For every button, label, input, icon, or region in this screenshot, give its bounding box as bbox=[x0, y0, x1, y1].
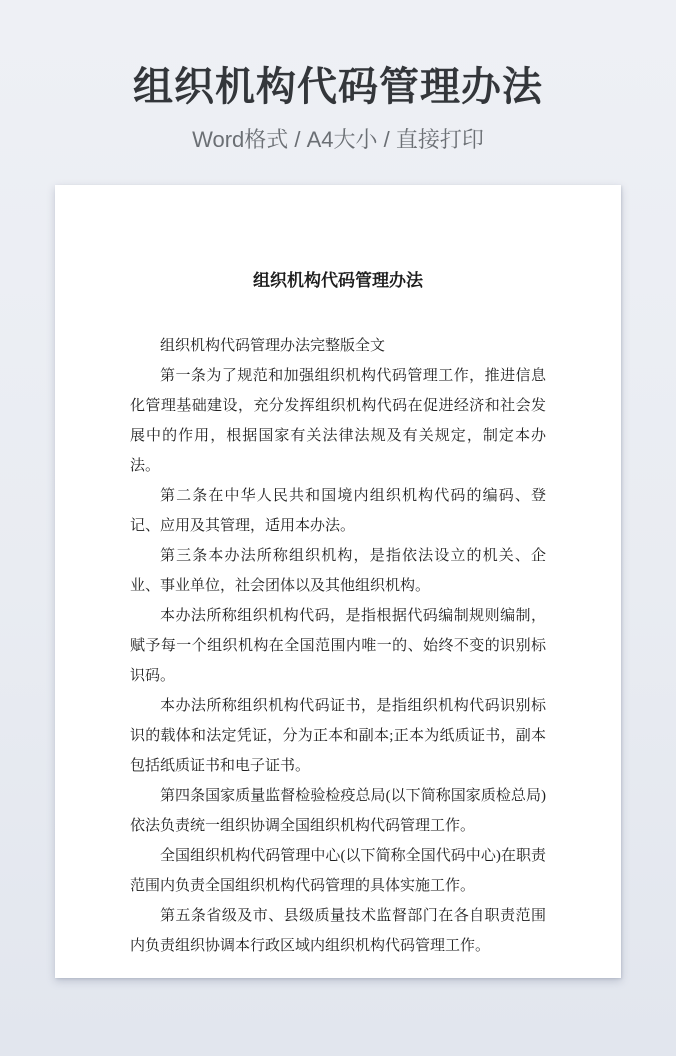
document-paragraph: 第一条为了规范和加强组织机构代码管理工作，推进信息化管理基础建设，充分发挥组织机… bbox=[130, 361, 546, 481]
document-paragraph: 本办法所称组织机构代码证书，是指组织机构代码识别标识的载体和法定凭证，分为正本和… bbox=[130, 691, 546, 781]
document-paragraph: 第二条在中华人民共和国境内组织机构代码的编码、登记、应用及其管理，适用本办法。 bbox=[130, 481, 546, 541]
document-page: 组织机构代码管理办法 组织机构代码管理办法完整版全文 第一条为了规范和加强组织机… bbox=[55, 185, 621, 978]
document-paragraph: 本办法所称组织机构代码，是指根据代码编制规则编制，赋予每一个组织机构在全国范围内… bbox=[130, 601, 546, 691]
document-paragraph: 组织机构代码管理办法完整版全文 bbox=[130, 331, 546, 361]
document-body: 组织机构代码管理办法完整版全文 第一条为了规范和加强组织机构代码管理工作，推进信… bbox=[130, 331, 546, 961]
hero-subtitle: Word格式 / A4大小 / 直接打印 bbox=[0, 126, 676, 154]
document-title: 组织机构代码管理办法 bbox=[130, 269, 546, 293]
hero-title: 组织机构代码管理办法 bbox=[0, 62, 676, 112]
document-paragraph: 第五条省级及市、县级质量技术监督部门在各自职责范围内负责组织协调本行政区域内组织… bbox=[130, 901, 546, 961]
document-paragraph: 第三条本办法所称组织机构，是指依法设立的机关、企业、事业单位，社会团体以及其他组… bbox=[130, 541, 546, 601]
document-paragraph: 全国组织机构代码管理中心(以下简称全国代码中心)在职责范围内负责全国组织机构代码… bbox=[130, 841, 546, 901]
document-paragraph: 第四条国家质量监督检验检疫总局(以下简称国家质检总局)依法负责统一组织协调全国组… bbox=[130, 781, 546, 841]
page-background: 组织机构代码管理办法 Word格式 / A4大小 / 直接打印 组织机构代码管理… bbox=[0, 0, 676, 1056]
